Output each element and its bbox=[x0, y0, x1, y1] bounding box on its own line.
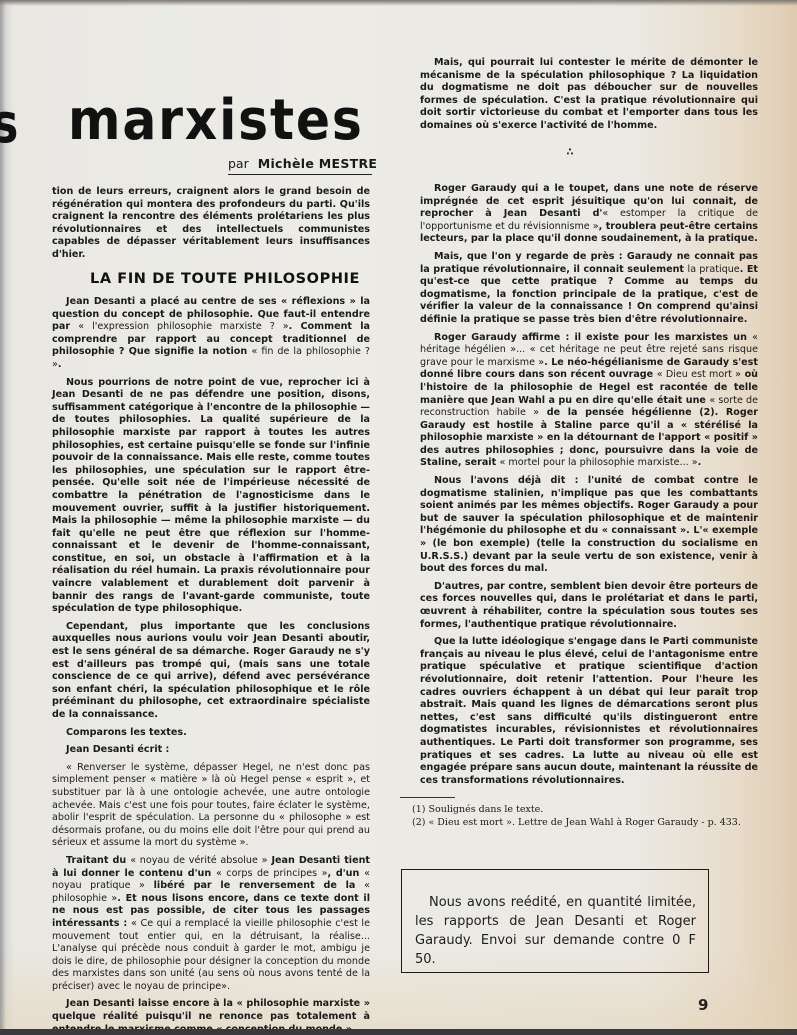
magazine-page: s marxistes par Michèle MESTRE tion de l… bbox=[0, 0, 797, 1035]
byline: par Michèle MESTRE bbox=[228, 156, 372, 175]
title-previous-page-fragment: s bbox=[0, 92, 19, 155]
paragraph: Jean Desanti écrit : bbox=[52, 744, 370, 757]
right-column-body: Roger Garaudy qui a le toupet, dans une … bbox=[420, 183, 758, 792]
bottom-edge bbox=[0, 1029, 797, 1035]
page-spine-shadow bbox=[0, 0, 6, 1035]
paragraph: tion de leurs erreurs, craignent alors l… bbox=[52, 186, 370, 262]
reprint-notice-box: Nous avons reédité, en quantité limitée,… bbox=[401, 869, 709, 973]
article-title: marxistes bbox=[68, 88, 364, 153]
paragraph: Mais, que l'on y regarde de près : Garau… bbox=[420, 251, 758, 327]
left-column-body: Jean Desanti a placé au centre de ses « … bbox=[52, 296, 370, 1035]
paragraph: D'autres, par contre, semblent bien devo… bbox=[420, 581, 758, 631]
notice-text: Nous avons reédité, en quantité limitée,… bbox=[415, 893, 696, 969]
top-edge-shadow bbox=[0, 0, 797, 6]
footnote-1: (1) Soulignés dans le texte. bbox=[402, 803, 742, 816]
paragraph: Roger Garaudy qui a le toupet, dans une … bbox=[420, 183, 758, 246]
byline-prefix: par bbox=[228, 156, 249, 171]
paragraph: Cependant, plus importante que les concl… bbox=[52, 621, 370, 722]
paragraph: Traitant du « noyau de vérité absolue » … bbox=[52, 855, 370, 994]
paragraph: Nous l'avons déjà dit : l'unité de comba… bbox=[420, 475, 758, 576]
paragraph: Jean Desanti a placé au centre de ses « … bbox=[52, 296, 370, 372]
footnote-divider bbox=[400, 797, 455, 798]
paragraph: Mais, qui pourrait lui contester le méri… bbox=[420, 57, 758, 133]
left-column-intro: tion de leurs erreurs, craignent alors l… bbox=[52, 186, 370, 267]
footnote-2: (2) « Dieu est mort ». Lettre de Jean Wa… bbox=[402, 816, 742, 829]
paragraph: Roger Garaudy affirme : il existe pour l… bbox=[420, 332, 758, 471]
section-heading: LA FIN DE TOUTE PHILOSOPHIE bbox=[90, 271, 360, 287]
right-column-top: Mais, qui pourrait lui contester le méri… bbox=[420, 57, 758, 138]
quotation-paragraph: « Renverser le système, dépasser Hegel, … bbox=[52, 762, 370, 850]
paragraph: Nous pourrions de notre point de vue, re… bbox=[52, 377, 370, 616]
footnotes: (1) Soulignés dans le texte. (2) « Dieu … bbox=[402, 803, 742, 829]
page-number: 9 bbox=[698, 996, 708, 1014]
asterism-divider: ∴ bbox=[560, 150, 580, 156]
paragraph: Que la lutte idéologique s'engage dans l… bbox=[420, 636, 758, 787]
paragraph: Comparons les textes. bbox=[52, 727, 370, 740]
author-name: Michèle MESTRE bbox=[258, 156, 378, 171]
